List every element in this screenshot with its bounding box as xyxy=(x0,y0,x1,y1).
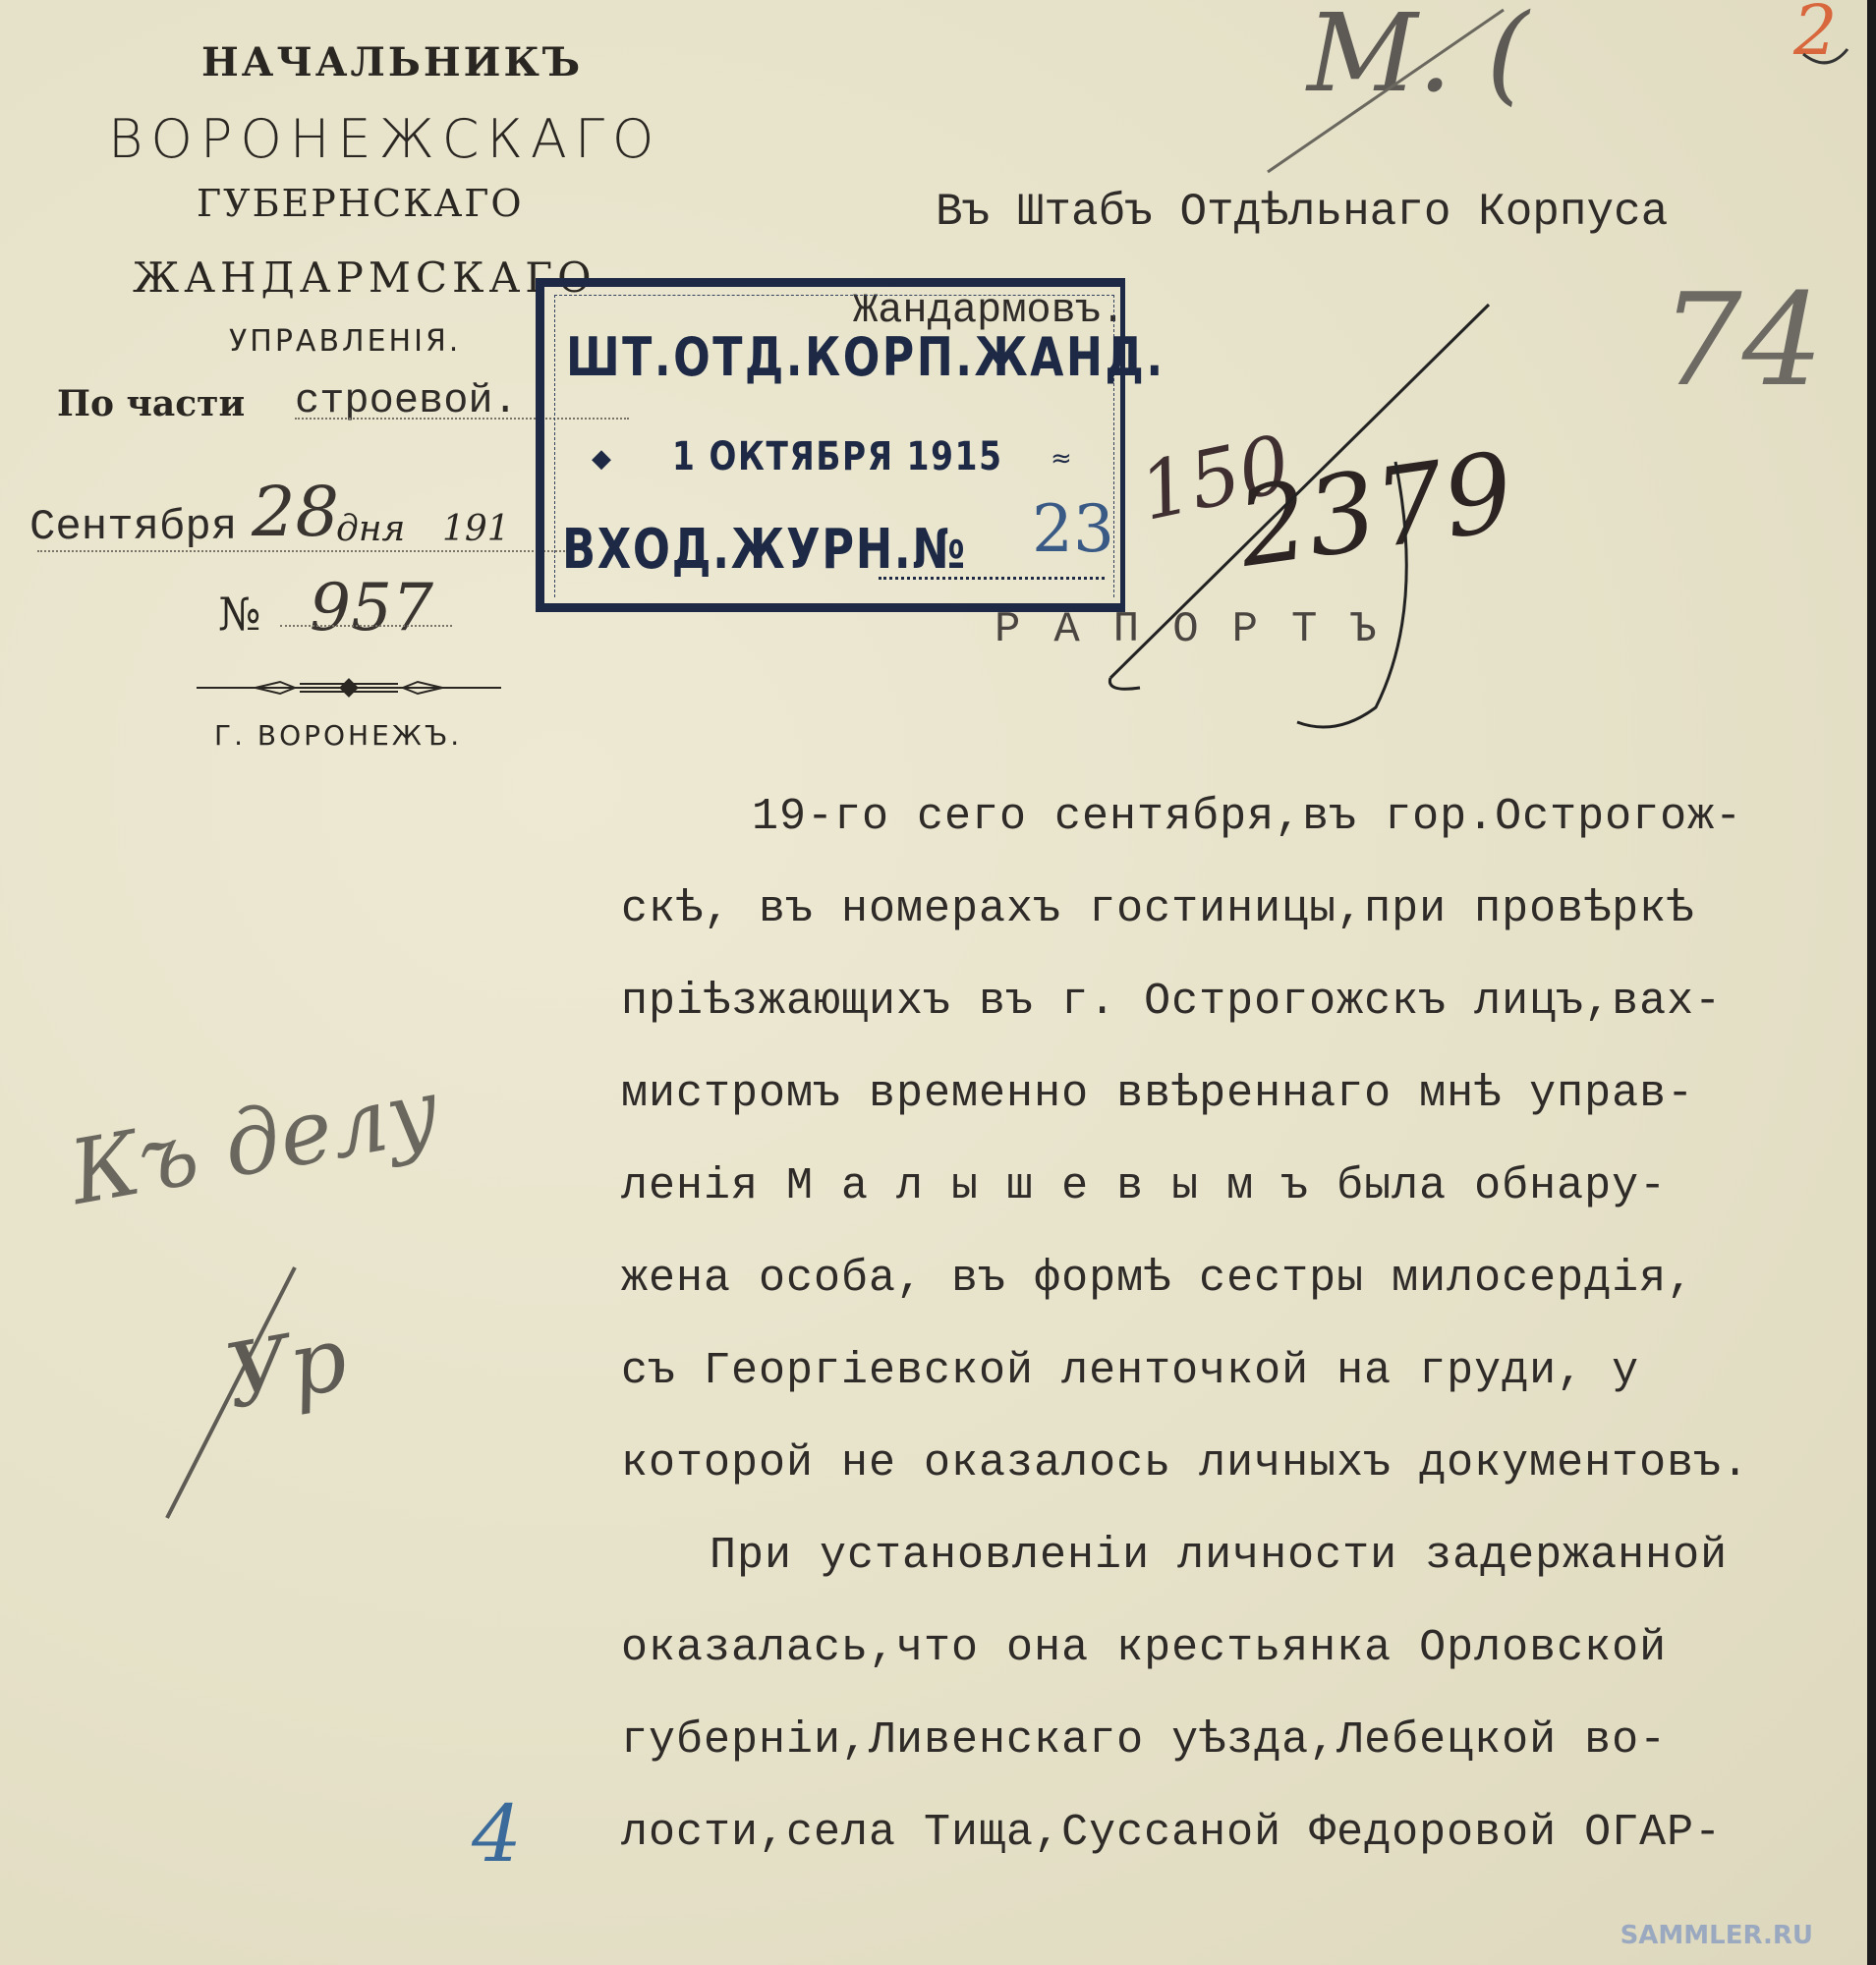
body-line: съ Георгіевской ленточкой на груди, у xyxy=(621,1346,1639,1396)
body-line: пріѣзжающихъ въ г. Острогожскъ лицъ,вах- xyxy=(621,977,1722,1027)
body-line: При установленіи личности задержанной xyxy=(710,1531,1728,1581)
body-line: мистромъ временно ввѣреннаго мнѣ управ- xyxy=(621,1069,1694,1119)
body-line: лости,села Тища,Суссаной Федоровой ОГАР- xyxy=(621,1808,1722,1858)
body-line: губерніи,Ливенскаго уѣзда,Лебецкой во- xyxy=(621,1715,1667,1766)
body-line: скѣ, въ номерахъ гостиницы,при провѣркѣ xyxy=(621,884,1694,934)
body-line: которой не оказалось личныхъ документовъ… xyxy=(621,1438,1749,1488)
body-line: оказалась,что она крестьянка Орловской xyxy=(621,1623,1667,1673)
body-line: ленія М а л ы ш е в ы м ъ была обнару- xyxy=(621,1161,1667,1211)
document-page: НАЧАЛЬНИКЪ ВОРОНЕЖСКАГО ГУБЕРНСКАГО ЖАНД… xyxy=(0,0,1867,1965)
body-line: жена особа, въ формѣ сестры милосердія, xyxy=(621,1254,1694,1304)
body-line: 19-го сего сентября,въ гор.Острогож- xyxy=(752,792,1742,842)
source-watermark: SAMMLER.RU xyxy=(1620,1921,1813,1950)
